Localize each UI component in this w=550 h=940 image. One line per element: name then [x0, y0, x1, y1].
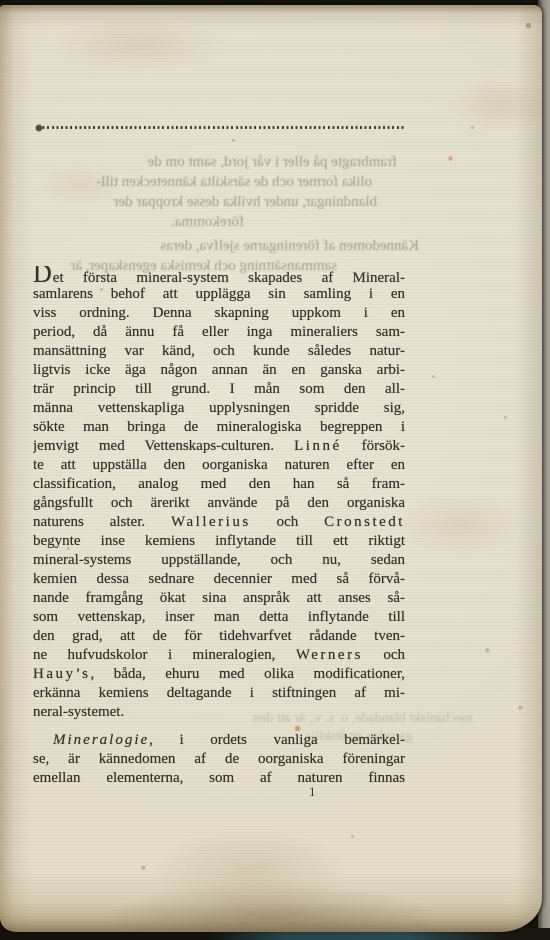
text-line: period, då ännu få eller inga mineralier…	[33, 323, 405, 342]
text-segment: , i ordets vanliga bemärkel-	[149, 732, 405, 748]
text-segment: Cronstedt	[324, 514, 405, 530]
text-line: mineral-systems uppställande, och nu, se…	[33, 551, 405, 570]
text-line: den grad, att de för tidehvarfvet rådand…	[33, 627, 405, 646]
text-line: gångsfullt och ärerikt använde på den or…	[33, 494, 405, 513]
text-line: nande framgång ökat sina anspråk att ans…	[33, 589, 405, 608]
text-segment: Hauy’s	[33, 666, 91, 682]
text-line: männa vettenskapliga upplysningen spridd…	[33, 399, 405, 418]
text-segment: classification, analog med den han så fr…	[33, 476, 405, 492]
text-line: emellan elementerna, som af naturen finn…	[33, 769, 405, 788]
show-through-line: förekomma.	[55, 212, 244, 232]
dotted-rule-divider	[38, 126, 405, 129]
text-segment: viss ordning. Denna skapning uppkom i en	[33, 305, 405, 321]
show-through-line: blandningar, under hvilka desse kroppar …	[55, 192, 377, 212]
text-segment: mineral-systems uppställande, och nu, se…	[33, 552, 405, 568]
text-line: erkänna kemiens deltagande i stiftningen…	[33, 684, 405, 703]
text-segment: nande framgång ökat sina anspråk att ans…	[33, 590, 405, 606]
text-segment: Mineralogie	[53, 732, 149, 748]
text-line: naturens alster. Wallerius och Cronstedt	[33, 513, 405, 532]
text-line: samlarens behof att upplägga sin samling…	[33, 285, 405, 304]
text-line: Mineralogie, i ordets vanliga bemärkel-	[33, 731, 405, 750]
text-segment: och	[251, 514, 324, 530]
foxing-specks	[0, 5, 1, 6]
text-segment: sökte man bringa de mineralogiska begrep…	[33, 419, 405, 435]
text-segment: kemien dessa sednare decennier med så fö…	[33, 571, 405, 587]
text-segment: försök-	[342, 438, 405, 454]
text-segment: och	[363, 647, 405, 663]
text-segment: jemvigt med Vettenskaps-culturen.	[33, 438, 294, 454]
text-segment: ligtvis icke äga någon annan än en gansk…	[33, 362, 405, 378]
text-segment: Linné	[294, 438, 342, 454]
paper-page: frambragte på eller i vår jord, samt om …	[0, 5, 542, 932]
text-segment: mansättning var känd, och kunde således …	[33, 343, 405, 359]
book-page-photo: frambragte på eller i vår jord, samt om …	[0, 0, 550, 940]
text-segment: männa vettenskapliga upplysningen spridd…	[33, 400, 405, 416]
text-line: som vettenskap, inser man detta inflytan…	[33, 608, 405, 627]
text-line: classification, analog med den han så fr…	[33, 475, 405, 494]
text-line: mansättning var känd, och kunde således …	[33, 342, 405, 361]
text-segment: D	[33, 266, 53, 285]
text-segment: begynte inse kemiens inflytande till ett…	[33, 533, 405, 549]
text-line: trär princip till grund. I mån som den a…	[33, 380, 405, 399]
text-line: te att uppställa den oorganiska naturen …	[33, 456, 405, 475]
text-segment: emellan elementerna, som af naturen finn…	[33, 770, 405, 786]
show-through-line: Kännedomen af föreningarne sjelfva, dera…	[55, 236, 419, 256]
text-segment: gångsfullt och ärerikt använde på den or…	[33, 495, 405, 511]
show-through-line: frambragte på eller i vår jord, samt om …	[55, 152, 397, 172]
text-segment: ne hufvudskolor i mineralogien,	[33, 647, 296, 663]
text-segment: den grad, att de för tidehvarfvet rådand…	[33, 628, 405, 644]
text-line: neral-systemet.	[33, 703, 405, 722]
text-line: Det första mineral-system skapades af Mi…	[33, 266, 405, 285]
text-line: jemvigt med Vettenskaps-culturen. Linné …	[33, 437, 405, 456]
text-segment: erkänna kemiens deltagande i stiftningen…	[33, 685, 405, 701]
text-segment: et första mineral-system skapades af Min…	[53, 270, 405, 285]
text-segment: som vettenskap, inser man detta inflytan…	[33, 609, 405, 625]
text-segment: trär princip till grund. I mån som den a…	[33, 381, 405, 397]
text-line: viss ordning. Denna skapning uppkom i en	[33, 304, 405, 323]
text-line: ligtvis icke äga någon annan än en gansk…	[33, 361, 405, 380]
text-line: se, är kännedomen af de oorganiska fören…	[33, 750, 405, 769]
text-segment: neral-systemet.	[33, 704, 124, 720]
text-line: kemien dessa sednare decennier med så fö…	[33, 570, 405, 589]
text-segment: Wallerius	[171, 514, 251, 530]
text-line: sökte man bringa de mineralogiska begrep…	[33, 418, 405, 437]
main-text-block: Det första mineral-system skapades af Mi…	[33, 266, 405, 788]
paragraph: Mineralogie, i ordets vanliga bemärkel-s…	[33, 731, 405, 788]
text-segment: te att uppställa den oorganiska naturen …	[33, 457, 405, 473]
text-segment: Werners	[296, 647, 363, 663]
paragraph: Det första mineral-system skapades af Mi…	[33, 266, 405, 722]
text-segment: period, då ännu få eller inga mineralier…	[33, 324, 405, 340]
text-segment: naturens alster.	[33, 514, 171, 530]
show-through-text-top: frambragte på eller i vår jord, samt om …	[55, 152, 427, 276]
text-segment: se, är kännedomen af de oorganiska fören…	[33, 751, 405, 767]
signature-mark: 1	[309, 784, 316, 800]
text-segment: samlarens behof att upplägga sin samling…	[33, 286, 405, 302]
text-line: begynte inse kemiens inflytande till ett…	[33, 532, 405, 551]
text-line: ne hufvudskolor i mineralogien, Werners …	[33, 646, 405, 665]
show-through-line: olika former och de särskilta kännetecke…	[55, 172, 372, 192]
text-segment: , båda, ehuru med olika modificationer,	[91, 666, 406, 682]
text-line: Hauy’s, båda, ehuru med olika modificati…	[33, 665, 405, 684]
